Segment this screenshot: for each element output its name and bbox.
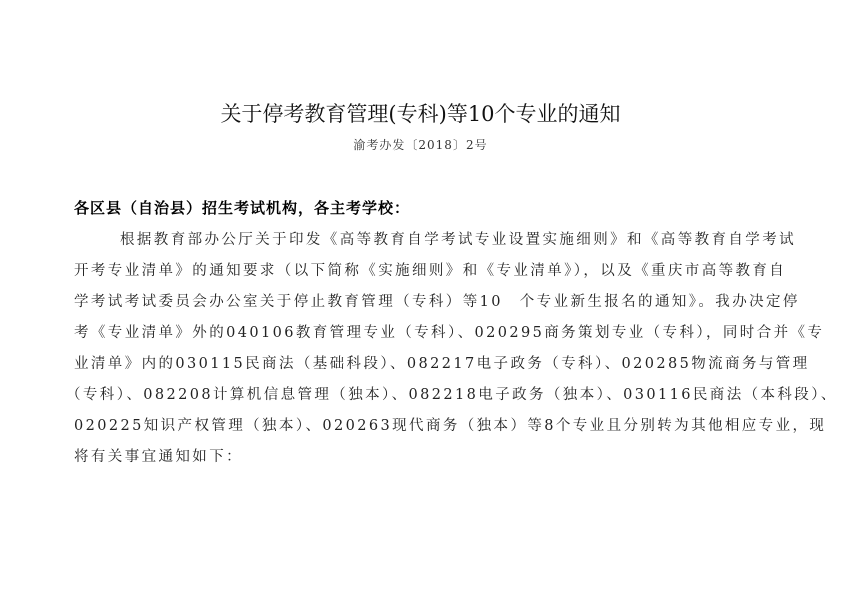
body-line-5: 业清单》内的030115民商法（基础科段）、082217电子政务（专科）、020… (74, 352, 810, 373)
body-line-2: 开考专业清单》的通知要求（以下简称《实施细则》和《专业清单》），以及《重庆市高等… (74, 259, 786, 280)
body-line-8: 将有关事宜通知如下： (74, 445, 243, 466)
document-page: 关于停考教育管理(专科)等10个专业的通知 渝考办发〔2018〕2号 各区县（自… (0, 0, 841, 595)
body-line-4: 考《专业清单》外的040106教育管理专业（专科）、020295商务策划专业（专… (74, 321, 824, 342)
salutation: 各区县（自治县）招生考试机构，各主考学校： (74, 197, 410, 218)
body-line-6: （专科）、082208计算机信息管理（独本）、082218电子政务（独本）、03… (66, 383, 838, 404)
document-number: 渝考办发〔2018〕2号 (0, 136, 841, 153)
body-line-3: 学考试考试委员会办公室关于停止教育管理（专科）等10 个专业新生报名的通知》。我… (74, 290, 800, 311)
body-line-1: 根据教育部办公厅关于印发《高等教育自学考试专业设置实施细则》和《高等教育自学考试 (120, 228, 796, 249)
document-title: 关于停考教育管理(专科)等10个专业的通知 (0, 98, 841, 128)
body-line-7: 020225知识产权管理（独本）、020263现代商务（独本）等8个专业且分别转… (74, 414, 826, 435)
